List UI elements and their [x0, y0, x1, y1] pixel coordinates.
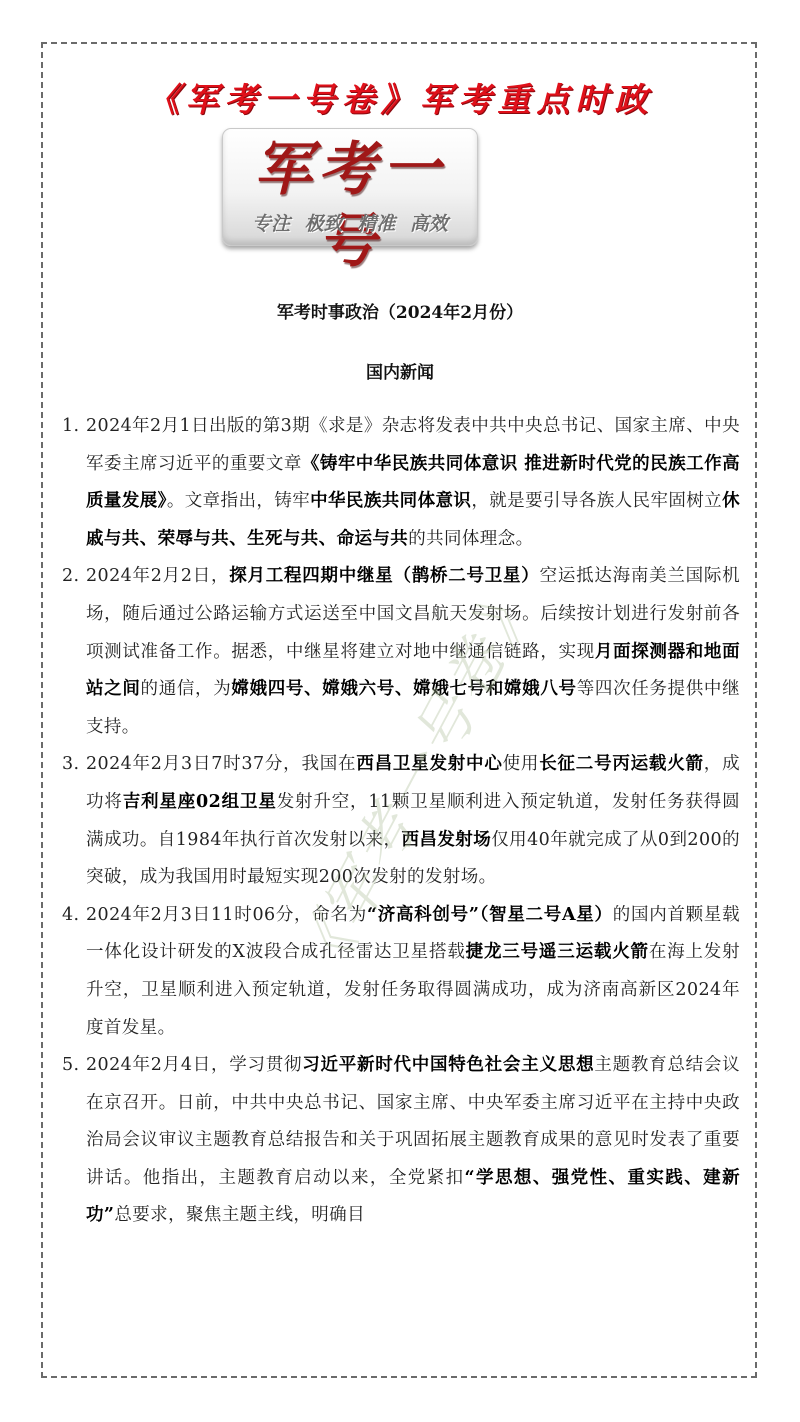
item-number: 3.	[62, 746, 80, 784]
section-heading: 国内新闻	[0, 358, 800, 383]
emphasis-text: 探月工程四期中继星（鹊桥二号卫星）	[229, 566, 539, 586]
item-body: 2024年2月4日，学习贯彻习近平新时代中国特色社会主义思想主题教育总结会议在京…	[86, 1055, 740, 1225]
body-text: 使用	[503, 754, 540, 774]
item-body: 2024年2月3日11时06分，命名为“济高科创号”（智星二号A星）的国内首颗星…	[86, 905, 740, 1038]
item-number: 4.	[62, 897, 80, 935]
body-text: 2024年2月3日7时37分，我国在	[86, 754, 356, 774]
news-item: 3. 2024年2月3日7时37分，我国在西昌卫星发射中心使用长征二号丙运载火箭…	[62, 746, 740, 896]
body-text: 2024年2月2日，	[86, 566, 229, 586]
emphasis-text: 西昌卫星发射中心	[356, 754, 502, 774]
document-title: 《军考一号卷》军考重点时政	[0, 74, 800, 121]
document-subtitle: 军考时事政治（2024年2月份）	[0, 298, 800, 323]
emphasis-text: 中华民族共同体意识	[310, 491, 471, 511]
emphasis-text: 西昌发射场	[401, 830, 491, 850]
item-number: 5.	[62, 1047, 80, 1085]
item-body: 2024年2月2日，探月工程四期中继星（鹊桥二号卫星）空运抵达海南美兰国际机场，…	[86, 566, 740, 736]
body-text: 2024年2月4日，学习贯彻	[86, 1055, 302, 1075]
logo-wordmark: 军考一号	[223, 133, 477, 277]
item-number: 1.	[62, 408, 80, 446]
item-body: 2024年2月3日7时37分，我国在西昌卫星发射中心使用长征二号丙运载火箭，成功…	[86, 754, 740, 887]
brand-logo: 军考一号 专注 极致 精准 高效	[222, 128, 478, 246]
item-body: 2024年2月1日出版的第3期《求是》杂志将发表中共中央总书记、国家主席、中央军…	[86, 416, 740, 549]
news-item: 2. 2024年2月2日，探月工程四期中继星（鹊桥二号卫星）空运抵达海南美兰国际…	[62, 558, 740, 746]
body-text: 2024年2月3日11时06分，命名为	[86, 905, 367, 925]
body-text: 。文章指出，铸牢	[167, 491, 310, 511]
news-list: 1. 2024年2月1日出版的第3期《求是》杂志将发表中共中央总书记、国家主席、…	[62, 408, 740, 1235]
emphasis-text: 习近平新时代中国特色社会主义思想	[302, 1055, 594, 1075]
emphasis-text: 吉利星座02组卫星	[123, 792, 277, 812]
emphasis-text: “济高科创号”（智星二号A星）	[367, 905, 613, 925]
emphasis-text: 捷龙三号遥三运载火箭	[466, 942, 649, 962]
body-text: 的共同体理念。	[408, 529, 533, 549]
news-item: 1. 2024年2月1日出版的第3期《求是》杂志将发表中共中央总书记、国家主席、…	[62, 408, 740, 558]
news-item: 5. 2024年2月4日，学习贯彻习近平新时代中国特色社会主义思想主题教育总结会…	[62, 1047, 740, 1235]
body-text: ，就是要引导各族人民牢固树立	[471, 491, 722, 511]
item-number: 2.	[62, 558, 80, 596]
body-text: 的通信，为	[141, 679, 232, 699]
emphasis-text: 嫦娥四号、嫦娥六号、嫦娥七号和嫦娥八号	[231, 679, 576, 699]
logo-slogan: 专注 极致 精准 高效	[223, 209, 477, 236]
news-item: 4. 2024年2月3日11时06分，命名为“济高科创号”（智星二号A星）的国内…	[62, 897, 740, 1047]
body-text: 总要求，聚焦主题主线，明确目	[114, 1205, 365, 1225]
emphasis-text: 长征二号丙运载火箭	[539, 754, 704, 774]
